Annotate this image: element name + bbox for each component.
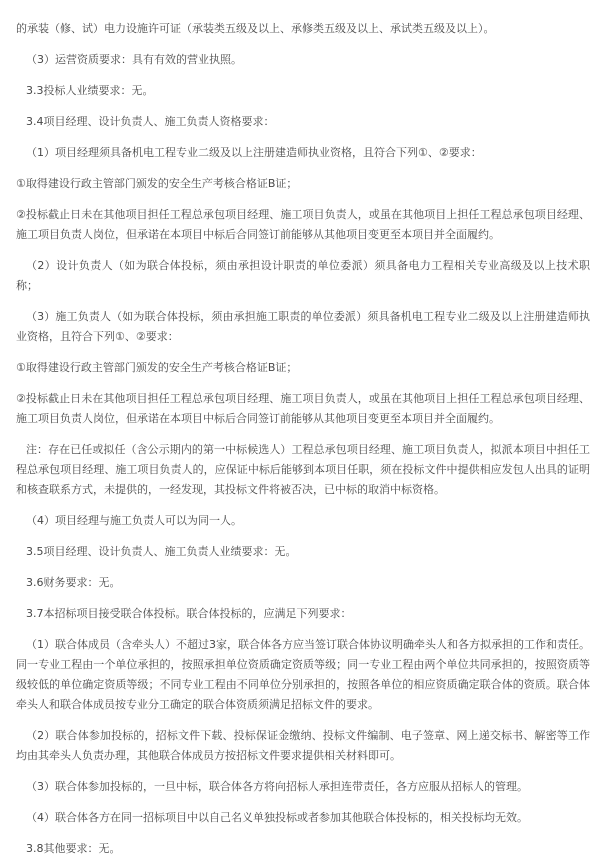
para-3-4-item-1-sub-2: ②投标截止日未在其他项目担任工程总承包项目经理、施工项目负责人，或虽在其他项目上…: [16, 205, 590, 245]
tender-document-body: 的承装（修、试）电力设施许可证（承装类五级及以上、承修类五级及以上、承试类五级及…: [16, 19, 590, 859]
para-note: 注：存在已任或拟任（含公示期内的第一中标候选人）工程总承包项目经理、施工项目负责…: [16, 440, 590, 500]
para-3-4-item-2-design-lead: （2）设计负责人（如为联合体投标，须由承担设计职责的单位委派）须具备电力工程相关…: [16, 256, 590, 296]
para-3-4-personnel-requirements: 3.4项目经理、设计负责人、施工负责人资格要求：: [16, 112, 590, 132]
para-3-4-item-1-project-manager: （1）项目经理须具备机电工程专业二级及以上注册建造师执业资格，且符合下列①、②要…: [16, 143, 590, 163]
para-3-3-bidder-performance: 3.3投标人业绩要求：无。: [16, 81, 590, 101]
para-3-6-financial-requirements: 3.6财务要求：无。: [16, 573, 590, 593]
para-3-7-item-1-members: （1）联合体成员（含牵头人）不超过3家，联合体各方应当签订联合体协议明确牵头人和…: [16, 635, 590, 715]
para-3-4-item-3-sub-1: ①取得建设行政主管部门颁发的安全生产考核合格证B证；: [16, 358, 590, 378]
para-3-4-item-3-construction-lead: （3）施工负责人（如为联合体投标，须由承担施工职责的单位委派）须具备机电工程专业…: [16, 307, 590, 347]
para-3-8-other-requirements: 3.8其他要求：无。: [16, 839, 590, 859]
para-3-7-item-3-joint-liability: （3）联合体参加投标的，一旦中标，联合体各方将向招标人承担连带责任，各方应服从招…: [16, 777, 590, 797]
para-3-7-consortium-bidding: 3.7本招标项目接受联合体投标。联合体投标的，应满足下列要求：: [16, 604, 590, 624]
para-operation-qualification: （3）运营资质要求：具有有效的营业执照。: [16, 50, 590, 70]
para-3-7-item-4-invalid-bids: （4）联合体各方在同一招标项目中以自己名义单独投标或者参加其他联合体投标的，相关…: [16, 808, 590, 828]
para-3-5-personnel-performance: 3.5项目经理、设计负责人、施工负责人业绩要求：无。: [16, 542, 590, 562]
para-license-continuation: 的承装（修、试）电力设施许可证（承装类五级及以上、承修类五级及以上、承试类五级及…: [16, 19, 590, 39]
para-3-4-item-4-same-person: （4）项目经理与施工负责人可以为同一人。: [16, 511, 590, 531]
para-3-4-item-3-sub-2: ②投标截止日未在其他项目担任工程总承包项目经理、施工项目负责人，或虽在其他项目上…: [16, 389, 590, 429]
document-page: 的承装（修、试）电力设施许可证（承装类五级及以上、承修类五级及以上、承试类五级及…: [0, 0, 608, 866]
para-3-7-item-2-lead-duties: （2）联合体参加投标的，招标文件下载、投标保证金缴纳、投标文件编制、电子签章、网…: [16, 726, 590, 766]
para-3-4-item-1-sub-1: ①取得建设行政主管部门颁发的安全生产考核合格证B证；: [16, 174, 590, 194]
